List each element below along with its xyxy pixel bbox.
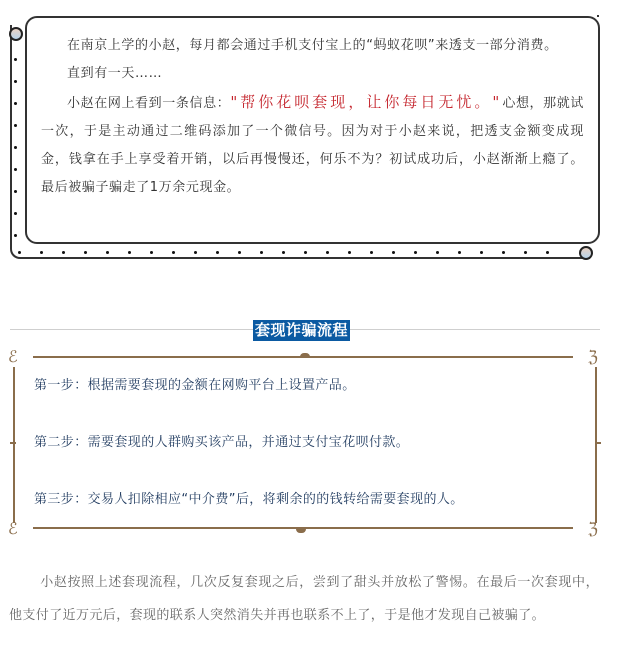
frame-left-tick-icon [10, 442, 16, 444]
corner-dot-icon [597, 15, 599, 17]
scroll-knob-top-left-icon [9, 27, 23, 41]
frame-left-line [13, 367, 15, 523]
frame-right-line [595, 367, 597, 523]
curl-bottom-left-icon: ℰ [8, 521, 18, 537]
frame-top-ornament-icon [300, 353, 310, 357]
curl-top-left-icon: ℰ [8, 349, 18, 365]
scam-quote: "帮你花呗套现，让你每日无忧。" [230, 93, 502, 111]
conclusion-paragraph: 小赵按照上述套现流程，几次反复套现之后，尝到了甜头并放松了警惕。在最后一次套现中… [9, 566, 599, 632]
story-box: 在南京上学的小赵，每月都会通过手机支付宝上的“蚂蚁花呗”来透支一部分消费。 直到… [25, 16, 600, 244]
step-3: 第三步：交易人扣除相应“中介费”后，将剩余的的钱转给需要套现的人。 [34, 491, 464, 509]
scroll-knob-bottom-right-icon [579, 246, 593, 260]
curl-bottom-right-icon: ℨ [588, 521, 598, 537]
frame-right-tick-icon [595, 442, 601, 444]
frame-bottom-ornament-icon [296, 529, 306, 533]
section-title: 套现诈骗流程 [253, 320, 350, 341]
story-paragraph-3: 小赵在网上看到一条信息："帮你花呗套现，让你每日无忧。"心想，那就试一次，于是主… [41, 88, 584, 202]
story-paragraph-1: 在南京上学的小赵，每月都会通过手机支付宝上的“蚂蚁花呗”来透支一部分消费。 [41, 32, 584, 60]
story-paragraph-2: 直到有一天…… [41, 60, 584, 88]
story-paragraph-3-prefix: 小赵在网上看到一条信息： [67, 96, 230, 111]
curl-top-right-icon: ℨ [588, 349, 598, 365]
step-1: 第一步：根据需要套现的金额在网购平台上设置产品。 [34, 377, 356, 395]
step-2: 第二步：需要套现的人群购买该产品，并通过支付宝花呗付款。 [34, 434, 409, 452]
